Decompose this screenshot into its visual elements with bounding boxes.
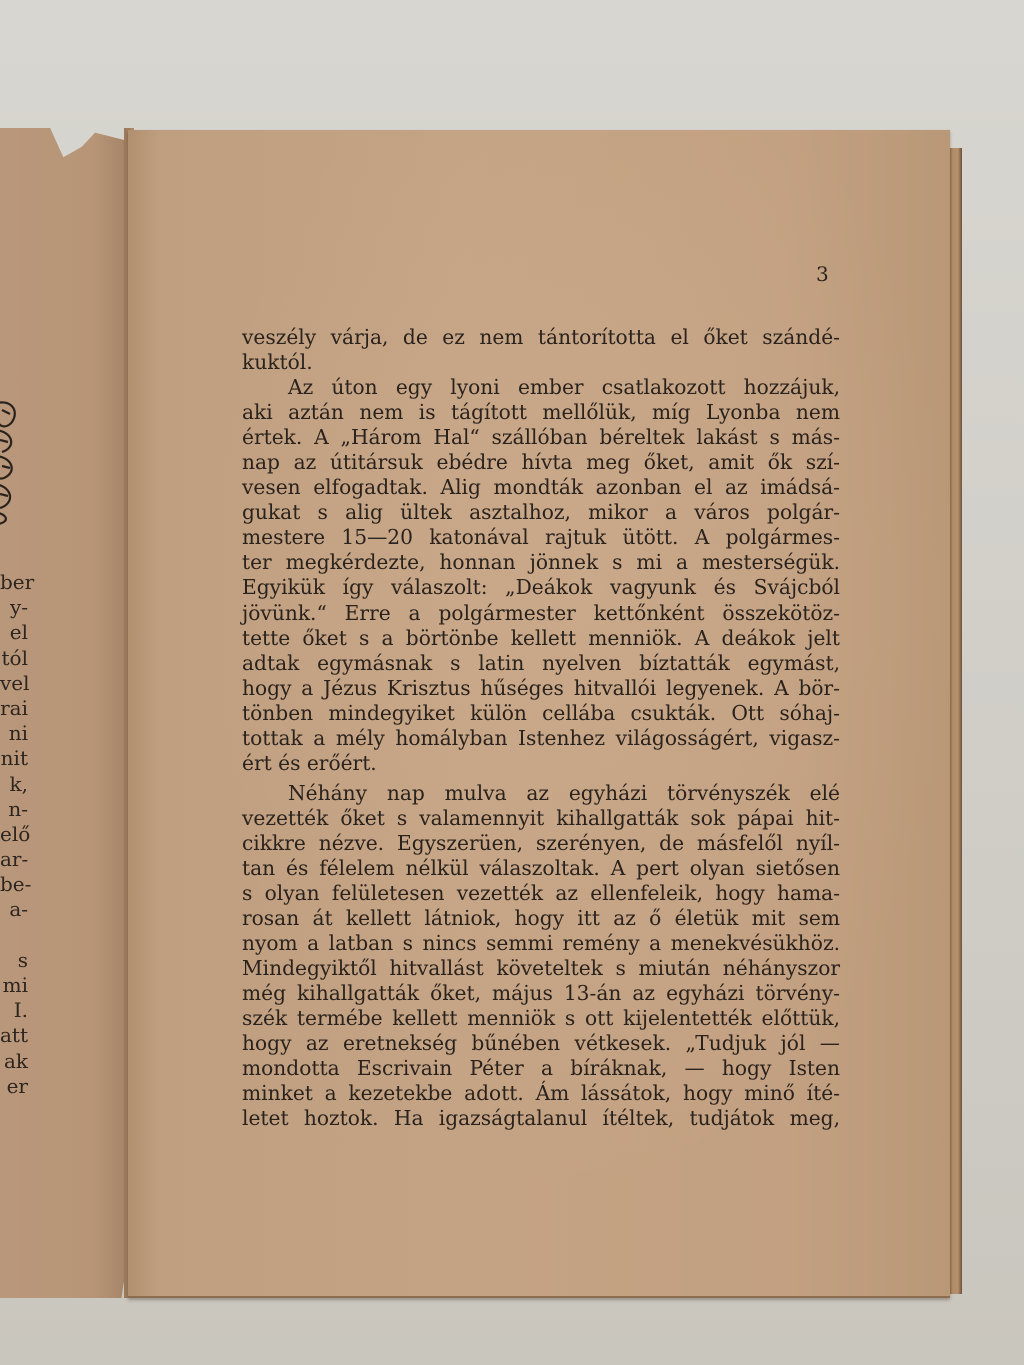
text-line: hogy a Jézus Krisztus hűséges hitvallói … — [242, 676, 840, 701]
text-line: tönben mindegyiket külön cellába csukták… — [242, 701, 840, 726]
text-line: hogy az eretnekség bűnében vétkesek. „Tu… — [242, 1031, 840, 1056]
left-line: att — [0, 1023, 28, 1048]
text-line: ért és erőért. — [242, 751, 840, 776]
left-line: er — [0, 1074, 28, 1099]
text-line: még kihallgatták őket, május 13-án az eg… — [242, 981, 840, 1006]
left-line: ar- — [0, 847, 28, 872]
text-line: cikkre nézve. Egyszerüen, szerényen, de … — [242, 831, 840, 856]
left-line: ber — [0, 570, 28, 595]
text-line: gukat s alig ültek asztalhoz, mikor a vá… — [242, 500, 840, 525]
text-line: s olyan felületesen vezették az ellenfel… — [242, 881, 840, 906]
text-line: jövünk.“ Erre a polgármester kettőnként … — [242, 601, 840, 626]
text-line: tan és félelem nélkül válaszoltak. A per… — [242, 856, 840, 881]
text-line: nyom a latban s nincs semmi remény a men… — [242, 931, 840, 956]
text-line: tottak a mély homályban Istenhez világos… — [242, 726, 840, 751]
left-line: y- — [0, 595, 28, 620]
text-line: szék termébe kellett menniök s ott kijel… — [242, 1006, 840, 1031]
text-line: Egyikük így válaszolt: „Deákok vagyunk é… — [242, 575, 840, 600]
text-line: mondotta Escrivain Péter a bíráknak, — h… — [242, 1056, 840, 1081]
left-line: mi — [0, 973, 28, 998]
text-line: letet hoztok. Ha igazságtalanul ítéltek,… — [242, 1106, 840, 1131]
text-line: vezették őket s valamennyit kihallgatták… — [242, 806, 840, 831]
left-line: s — [0, 948, 28, 973]
text-line: aki aztán nem is tágított mellőlük, míg … — [242, 400, 840, 425]
text-line: mestere 15—20 katonával rajtuk ütött. A … — [242, 525, 840, 550]
left-line: n- — [0, 797, 28, 822]
body-text: veszély várja, de ez nem tántorította el… — [242, 325, 840, 1132]
left-line: rai — [0, 696, 28, 721]
text-line: minket a kezetekbe adott. Ám lássátok, h… — [242, 1081, 840, 1106]
left-line: elő — [0, 822, 28, 847]
left-line: nit — [0, 746, 28, 771]
text-line: nap az útitársuk ebédre hívta meg őket, … — [242, 450, 840, 475]
page-number: 3 — [816, 262, 829, 286]
left-line: el — [0, 620, 28, 645]
left-line: k, — [0, 772, 28, 797]
text-line: tette őket s a börtönbe kellett menniök.… — [242, 626, 840, 651]
text-line: vesen elfogadtak. Alig mondták azonban e… — [242, 475, 840, 500]
text-line: Az úton egy lyoni ember csatlakozott hoz… — [242, 375, 840, 400]
text-line: ter megkérdezte, honnan jönnek s mi a me… — [242, 550, 840, 575]
left-line — [0, 923, 28, 948]
left-page-line-endings: ber y- el tól vel rai ni nit k, n- elő a… — [0, 570, 28, 1099]
ornament-icon — [0, 396, 26, 526]
text-line: veszély várja, de ez nem tántorította el… — [242, 325, 840, 350]
text-line: Néhány nap mulva az egyházi törvényszék … — [242, 781, 840, 806]
left-line: be- — [0, 872, 28, 897]
text-line: értek. A „Három Hal“ szállóban béreltek … — [242, 425, 840, 450]
left-line: ak — [0, 1049, 28, 1074]
page-edge — [948, 148, 962, 1294]
left-line: tól — [0, 646, 28, 671]
text-line: Mindegyiktől hitvallást követeltek s miu… — [242, 956, 840, 981]
text-line: kuktól. — [242, 350, 840, 375]
left-line: ni — [0, 721, 28, 746]
text-line: adtak egymásnak s latin nyelven bíztattá… — [242, 651, 840, 676]
left-line: I. — [0, 998, 28, 1023]
left-line: vel — [0, 671, 28, 696]
text-line: rosan át kellett látniok, hogy itt az ő … — [242, 906, 840, 931]
left-line: a- — [0, 897, 28, 922]
